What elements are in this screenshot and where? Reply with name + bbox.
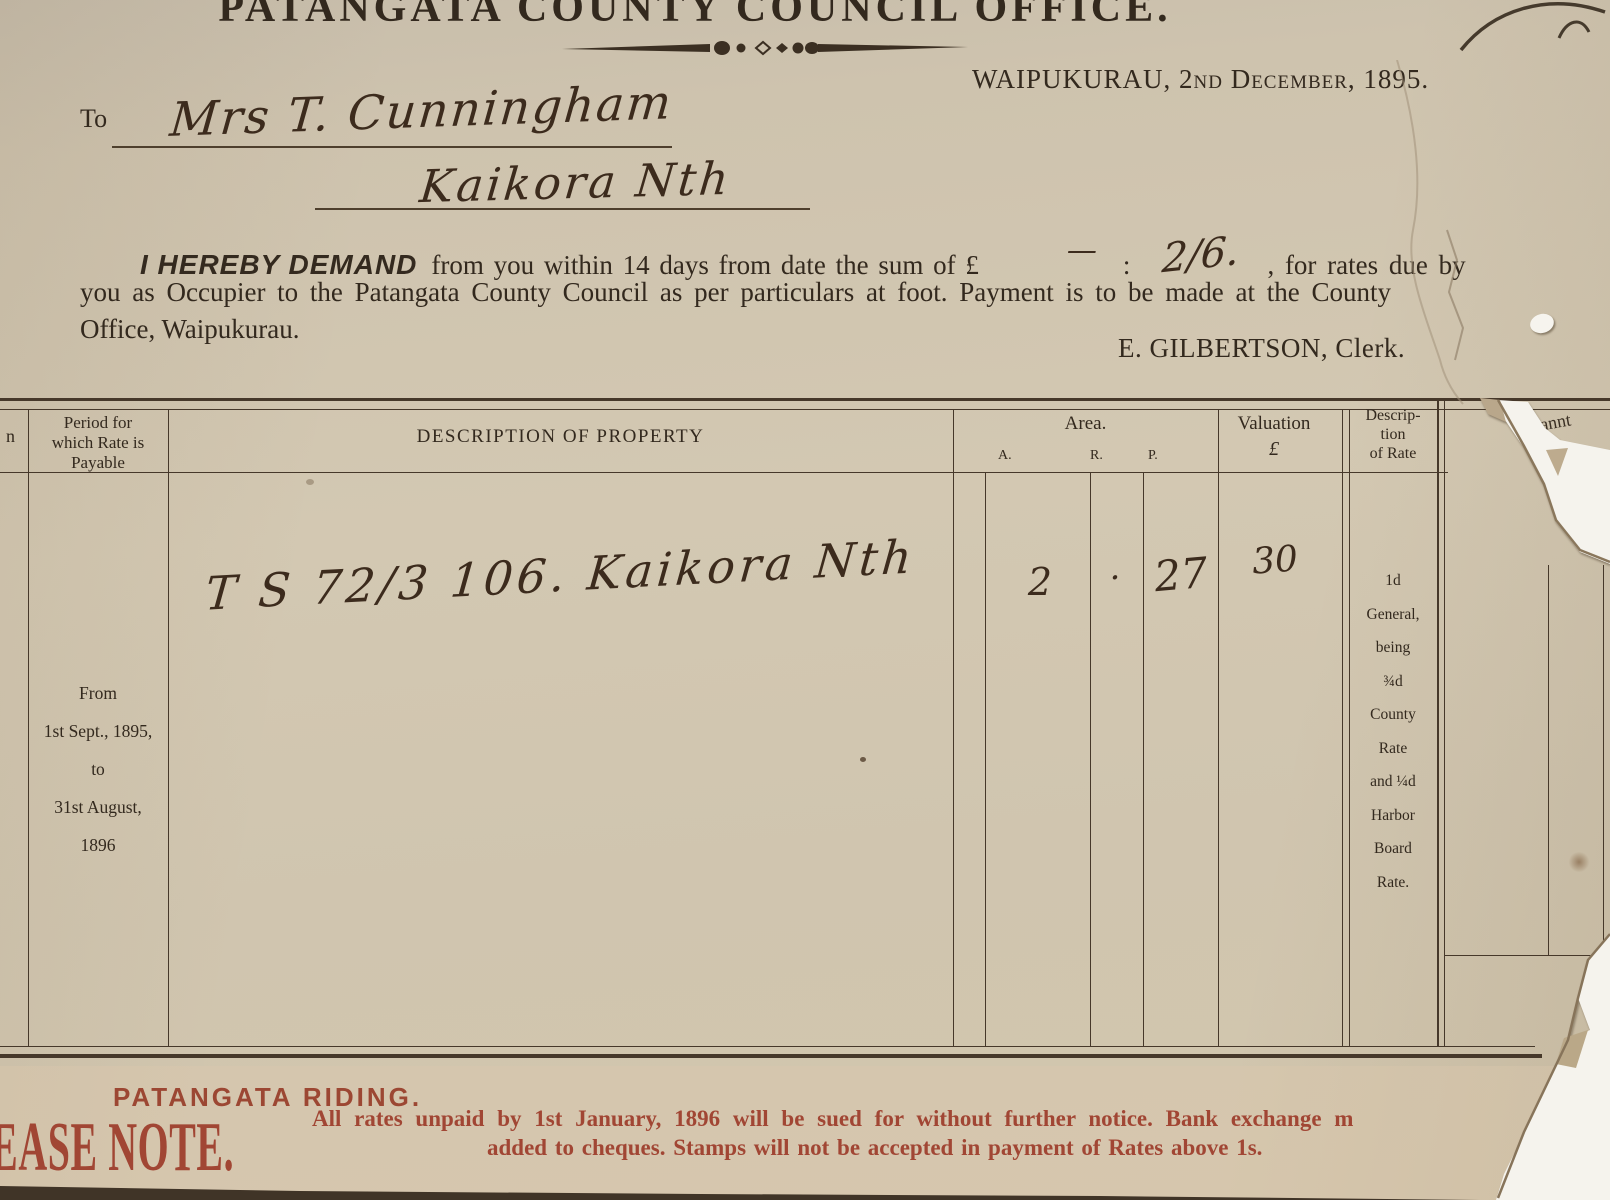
table-header-bottom-rule — [0, 472, 1448, 473]
column-description-header: DESCRIPTION OF PROPERTY — [168, 426, 953, 448]
demand-amount: 2/6. — [1161, 228, 1241, 283]
table-line — [985, 472, 986, 1046]
valuation-value: 30 — [1239, 538, 1312, 584]
please-note-label: LEASE NOTE. — [0, 1108, 234, 1188]
paper-hole — [1528, 311, 1556, 336]
column-area-sub-r: R. — [1090, 448, 1103, 464]
table-line — [1143, 472, 1144, 1046]
address-underline — [315, 208, 810, 210]
area-a-value: 2 — [1010, 560, 1070, 604]
table-line — [1090, 472, 1091, 1046]
column-stub-label: n — [6, 426, 15, 447]
column-area-header: Area. — [953, 413, 1218, 435]
note-line2: added to cheques. Stamps will not be acc… — [487, 1135, 1262, 1161]
table-line — [953, 410, 954, 1046]
table-line — [1342, 410, 1343, 1046]
column-period-header: Period for which Rate is Payable — [28, 413, 168, 473]
stain-mark — [1568, 852, 1590, 872]
column-valuation-unit: £ — [1212, 438, 1336, 461]
column-area-sub-p: P. — [1148, 448, 1158, 464]
demand-line3: Office, Waipukurau. — [80, 314, 300, 345]
crease-line — [1385, 60, 1475, 405]
table-bottom-rule-thick — [0, 1054, 1542, 1058]
recipient-address: Kaikora Nth — [417, 152, 733, 213]
page-title: PATANGATA COUNTY COUNCIL OFFICE. — [95, 0, 1295, 32]
table-top-rule-thick — [0, 398, 1610, 401]
area-r-value: · — [1095, 558, 1135, 598]
table-line — [1548, 565, 1549, 955]
bottom-edge-shadow — [0, 1182, 1480, 1200]
column-rate-header: Descrip- tion of Rate — [1349, 406, 1437, 463]
property-description-handwritten: T S 72/3 106. Kaikora Nth — [203, 529, 918, 621]
table-line — [1603, 565, 1604, 955]
dateline: WAIPUKURAU, 2nd December, 1895. — [972, 64, 1452, 95]
recipient-name: Mrs T. Cunningham — [168, 75, 676, 148]
area-p-value: 27 — [1146, 547, 1216, 602]
demand-line2: you as Occupier to the Patangata County … — [80, 277, 1480, 308]
column-area-sub-a: A. — [998, 448, 1012, 464]
table-line — [1437, 400, 1439, 1046]
table-body-bottom-thin — [0, 1046, 1535, 1047]
rate-description-cell: 1d General, being ¾d County Rate and ¼d … — [1349, 564, 1437, 899]
column-valuation-header: Valuation — [1212, 413, 1336, 435]
ink-speck — [306, 479, 314, 485]
torn-edge-right — [1440, 392, 1610, 587]
divider-ornament — [560, 36, 970, 60]
torn-edge-bottom-right — [1468, 918, 1610, 1200]
clerk-signature: E. GILBERTSON, Clerk. — [1118, 333, 1405, 364]
recipient-underline — [112, 146, 672, 148]
to-label: To — [80, 104, 107, 134]
ink-speck — [860, 757, 866, 762]
rates-demand-document: PATANGATA COUNTY COUNCIL OFFICE. WAIPUKU… — [0, 0, 1610, 1200]
pen-mark-top-right — [1455, 0, 1610, 58]
table-line — [1218, 410, 1219, 1046]
demand-dash: — — [1067, 233, 1097, 268]
note-line1: All rates unpaid by 1st January, 1896 wi… — [312, 1106, 1610, 1132]
period-cell: From 1st Sept., 1895, to 31st August, 18… — [24, 674, 172, 864]
